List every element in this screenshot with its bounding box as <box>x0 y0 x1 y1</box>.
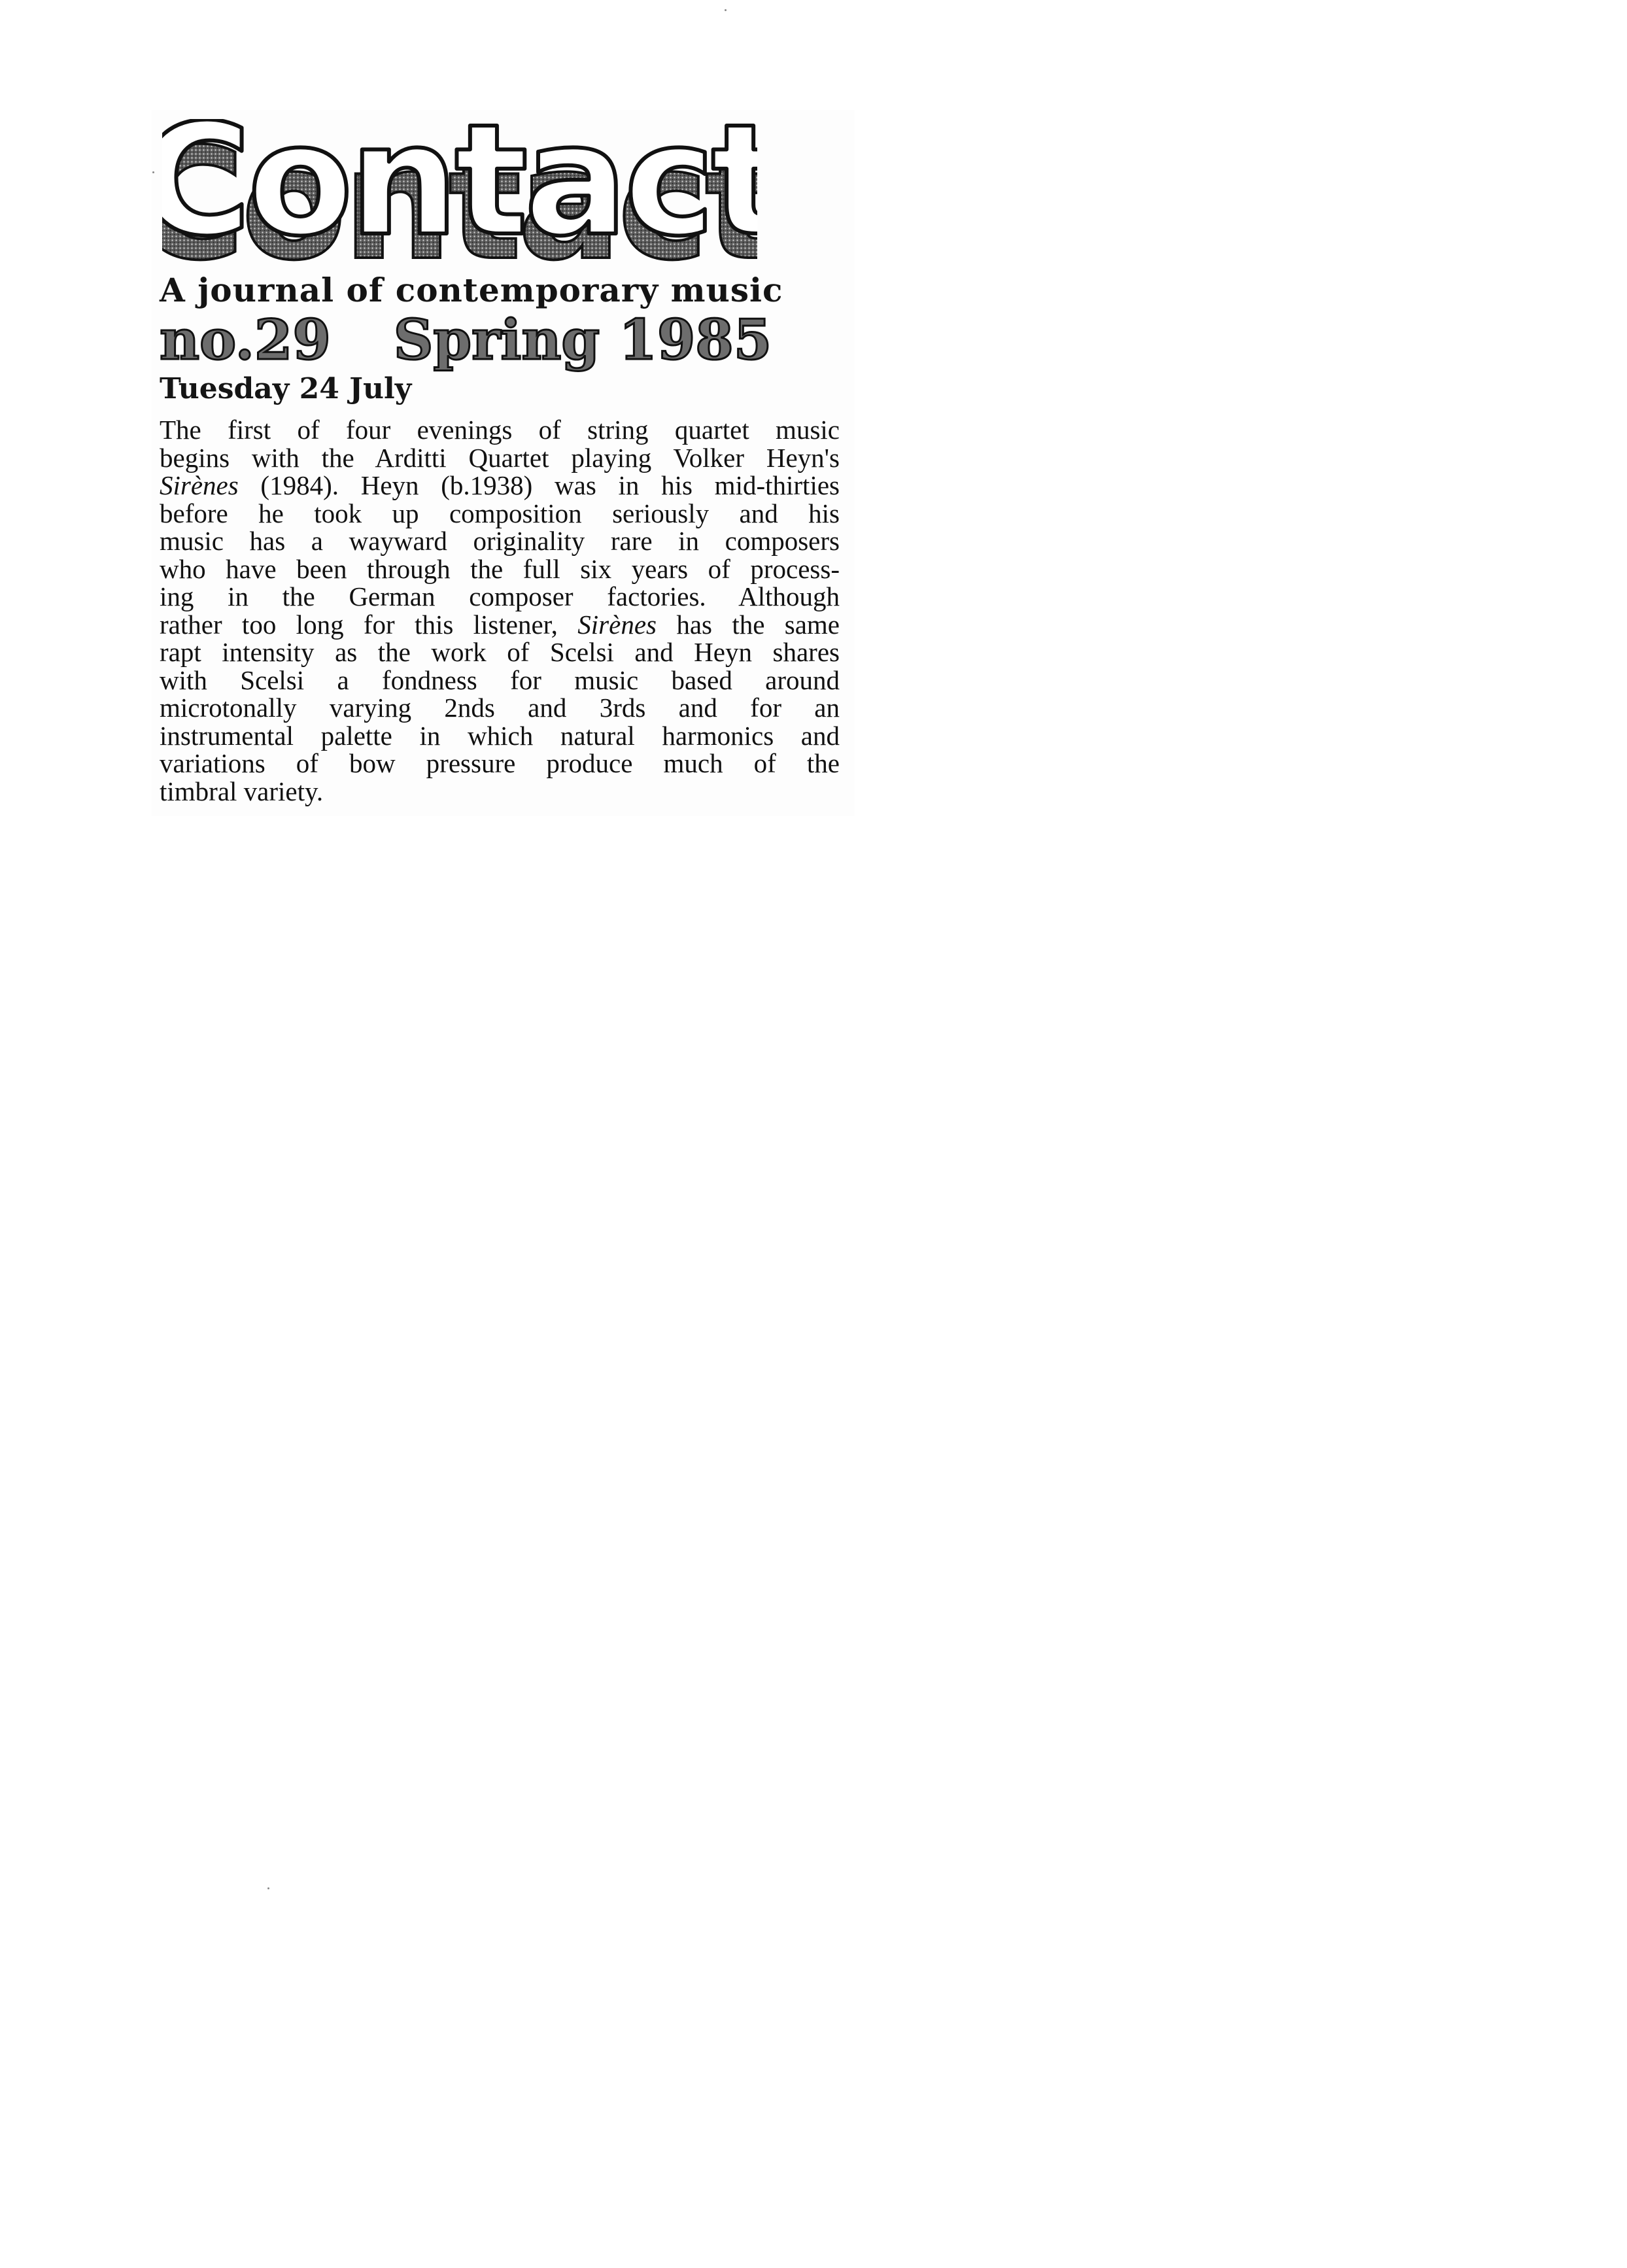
text-run: instrumental palette in which natural ha… <box>160 721 840 751</box>
masthead-logo: Contact Contact <box>162 119 757 269</box>
text-run: rapt intensity as the work of Scelsi and… <box>160 637 840 667</box>
article-line: with Scelsi a fondness for music based a… <box>160 666 840 695</box>
article-line: begins with the Arditti Quartet playing … <box>160 444 840 472</box>
text-run: microtonally varying 2nds and 3rds and f… <box>160 693 840 723</box>
scan-speck <box>725 9 727 11</box>
article-line: rather too long for this listener, Sirèn… <box>160 611 840 639</box>
article-line: instrumental palette in which natural ha… <box>160 722 840 750</box>
text-run: with Scelsi a fondness for music based a… <box>160 665 840 695</box>
text-run: The first of four evenings of string qua… <box>160 415 840 445</box>
newspaper-clipping: Contact Contact A journal of contemporar… <box>152 110 855 816</box>
article-line: variations of bow pressure produce much … <box>160 749 840 778</box>
article-body: The first of four evenings of string qua… <box>160 416 840 805</box>
text-run: rather too long for this listener, <box>160 610 577 640</box>
text-run: timbral variety. <box>160 776 323 806</box>
article-line: ing in the German composer factories. Al… <box>160 583 840 611</box>
issue-date: Spring 1985 <box>394 310 772 370</box>
scan-speck <box>152 171 154 173</box>
issue-number: no.29 <box>160 310 331 370</box>
article-line: music has a wayward originality rare in … <box>160 527 840 555</box>
journal-subtitle: A journal of contemporary music <box>160 271 840 310</box>
text-run: has the same <box>657 610 840 640</box>
scanned-page: Contact Contact A journal of contemporar… <box>0 0 1627 2268</box>
article-line: timbral variety. <box>160 778 840 806</box>
article-line: before he took up composition seriously … <box>160 500 840 528</box>
text-run: variations of bow pressure produce much … <box>160 748 840 778</box>
article-line: rapt intensity as the work of Scelsi and… <box>160 638 840 666</box>
contact-logo-graphic: Contact Contact <box>162 119 757 269</box>
work-title: Sirènes <box>577 610 657 640</box>
article-line: Sirènes (1984). Heyn (b.1938) was in his… <box>160 472 840 500</box>
work-title: Sirènes <box>160 470 239 500</box>
article-line: who have been through the full six years… <box>160 555 840 583</box>
scan-speck <box>267 1887 269 1889</box>
text-run: before he took up composition seriously … <box>160 498 840 528</box>
article-line: microtonally varying 2nds and 3rds and f… <box>160 694 840 722</box>
text-run: begins with the Arditti Quartet playing … <box>160 443 840 473</box>
issue-line: no.29Spring 1985 <box>160 310 840 370</box>
text-run: music has a wayward originality rare in … <box>160 526 840 556</box>
text-run: ing in the German composer factories. Al… <box>160 581 840 611</box>
article-date-heading: Tuesday 24 July <box>160 371 411 407</box>
article-line: The first of four evenings of string qua… <box>160 416 840 444</box>
text-run: who have been through the full six years… <box>160 554 840 584</box>
logo-text: Contact <box>162 119 757 269</box>
text-run: (1984). Heyn (b.1938) was in his mid-thi… <box>239 470 840 500</box>
